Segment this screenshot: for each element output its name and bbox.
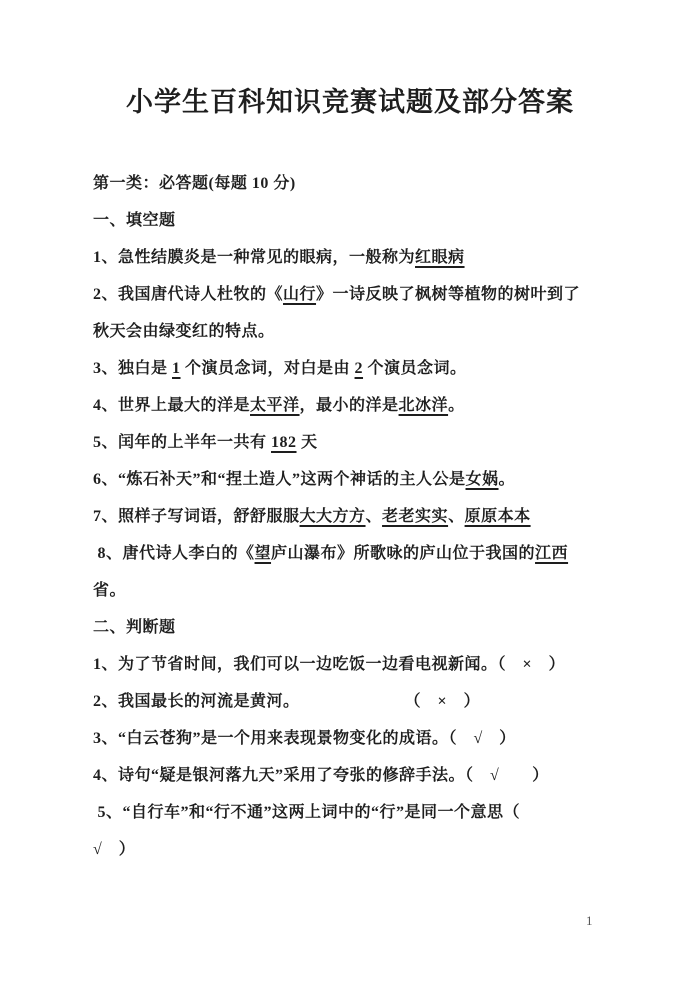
text-run: 6、“炼石补天”和“捏土造人”这两个神话的主人公是 [93, 471, 466, 488]
answer-underlined: 原原本本 [465, 508, 531, 525]
scanned-document-page: 小学生百科知识竞赛试题及部分答案 第一类：必答题(每题 10 分)一、填空题1、… [0, 0, 700, 991]
document-body: 第一类：必答题(每题 10 分)一、填空题1、急性结膜炎是一种常见的眼病，一般称… [93, 165, 610, 868]
fill-q2: 2、我国唐代诗人杜牧的《山行》一诗反映了枫树等植物的树叶到了 [93, 276, 610, 313]
text-run: ） [102, 841, 135, 858]
text-run: 、 [448, 508, 465, 525]
text-run: 个演员念词。 [363, 360, 467, 377]
judge-q5-cont: √ ） [93, 831, 610, 868]
page-number: 1 [586, 913, 593, 929]
text-run: 5、“自行车”和“行不通”这两上词中的“行”是同一个意思（ [93, 804, 520, 821]
text-run: 、 [366, 508, 383, 525]
answer-underlined: 老老实实 [382, 508, 448, 525]
answer-mark: × [438, 693, 448, 710]
text-run: 天 [297, 434, 318, 451]
answer-mark: × [523, 656, 533, 673]
text-run: 秋天会由绿变红的特点。 [93, 323, 275, 340]
text-run: 个演员念词，对白是由 [181, 360, 355, 377]
answer-underlined: 182 [271, 434, 297, 451]
fill-q5: 5、闰年的上半年一共有 182 天 [93, 424, 610, 461]
judge-q5: 5、“自行车”和“行不通”这两上词中的“行”是同一个意思（ [93, 794, 610, 831]
text-run: 2、我国最长的河流是黄河。 [93, 693, 300, 710]
text-run: 庐山瀑布》所歌咏的庐山位于我国的 [271, 545, 535, 562]
category-heading: 第一类：必答题(每题 10 分) [93, 165, 610, 202]
fill-q6: 6、“炼石补天”和“捏土造人”这两个神话的主人公是女娲。 [93, 461, 610, 498]
judge-q3: 3、“白云苍狗”是一个用来表现景物变化的成语。（ √ ） [93, 720, 610, 757]
text-run: （ [405, 693, 438, 710]
answer-underlined: 北冰洋 [399, 397, 449, 414]
answer-underlined: 2 [355, 360, 364, 377]
answer-underlined: 红眼病 [415, 249, 465, 266]
text-run: ，最小的洋是 [300, 397, 399, 414]
judge-q4: 4、诗句“疑是银河落九天”采用了夸张的修辞手法。（ √ ） [93, 757, 610, 794]
text-run: 第一类：必答题(每题 10 分) [93, 175, 296, 192]
fill-q2-cont: 秋天会由绿变红的特点。 [93, 313, 610, 350]
answer-underlined: 1 [172, 360, 181, 377]
judge-q2: 2、我国最长的河流是黄河。（ × ） [93, 683, 610, 720]
text-run: 2、我国唐代诗人杜牧的《 [93, 286, 283, 303]
text-run: 》一诗反映了枫树等植物的树叶到了 [316, 286, 580, 303]
text-run: 1、为了节省时间，我们可以一边吃饭一边看电视新闻。（ [93, 656, 523, 673]
text-run: 二、判断题 [93, 619, 176, 636]
text-run: ） [447, 693, 480, 710]
text-run: 3、“白云苍狗”是一个用来表现景物变化的成语。（ [93, 730, 474, 747]
answer-mark: √ [490, 767, 499, 784]
answer-underlined: 大大方方 [300, 508, 366, 525]
answer-underlined: 女娲 [466, 471, 499, 488]
page-title: 小学生百科知识竞赛试题及部分答案 [0, 0, 700, 118]
text-run: 7、照样子写词语，舒舒服服 [93, 508, 300, 525]
answer-underlined: 太平洋 [250, 397, 300, 414]
fill-q1: 1、急性结膜炎是一种常见的眼病，一般称为红眼病 [93, 239, 610, 276]
text-run: 。 [448, 397, 465, 414]
text-run: 4、世界上最大的洋是 [93, 397, 250, 414]
fill-q3: 3、独白是 1 个演员念词，对白是由 2 个演员念词。 [93, 350, 610, 387]
judge-heading: 二、判断题 [93, 609, 610, 646]
fill-blank-heading: 一、填空题 [93, 202, 610, 239]
answer-underlined: 望 [255, 545, 272, 562]
text-run: 一、填空题 [93, 212, 176, 229]
fill-q8-cont: 省。 [93, 572, 610, 609]
answer-mark: √ [93, 841, 102, 858]
fill-q8: 8、唐代诗人李白的《望庐山瀑布》所歌咏的庐山位于我国的江西 [93, 535, 610, 572]
text-run: 1、急性结膜炎是一种常见的眼病，一般称为 [93, 249, 415, 266]
fill-q4: 4、世界上最大的洋是太平洋，最小的洋是北冰洋。 [93, 387, 610, 424]
text-run: ） [483, 730, 516, 747]
answer-underlined: 江西 [535, 545, 568, 562]
text-run: 4、诗句“疑是银河落九天”采用了夸张的修辞手法。（ [93, 767, 490, 784]
text-run: 3、独白是 [93, 360, 172, 377]
text-run: 。 [499, 471, 516, 488]
text-run: 5、闰年的上半年一共有 [93, 434, 271, 451]
judge-q1: 1、为了节省时间，我们可以一边吃饭一边看电视新闻。（ × ） [93, 646, 610, 683]
text-run: ） [499, 767, 549, 784]
answer-underlined: 山行 [283, 286, 316, 303]
text-run: 8、唐代诗人李白的《 [93, 545, 255, 562]
text-run: 省。 [93, 582, 126, 599]
fill-q7: 7、照样子写词语，舒舒服服大大方方、老老实实、原原本本 [93, 498, 610, 535]
text-run: ） [532, 656, 565, 673]
answer-mark: √ [474, 730, 483, 747]
